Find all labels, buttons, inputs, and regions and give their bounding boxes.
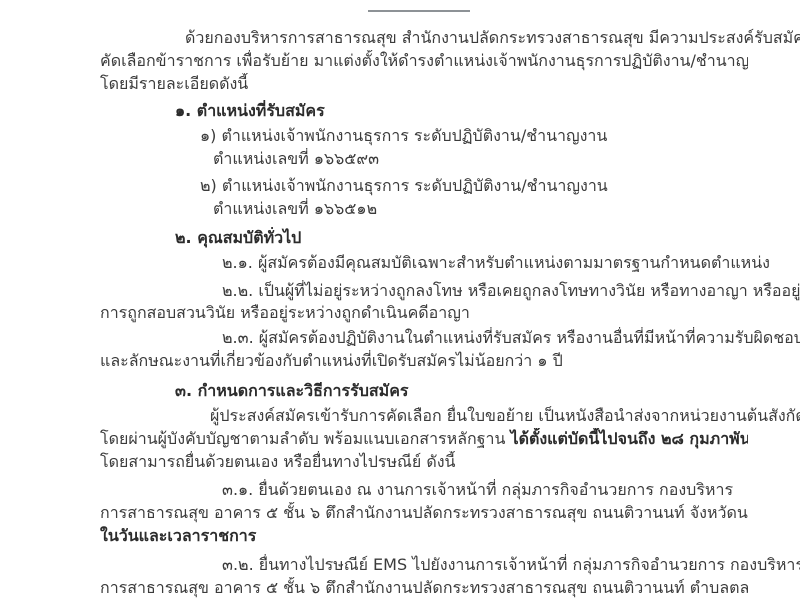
method-3-2-line-2: การสาธารณสุข อาคาร ๕ ชั้น ๖ ตึกสำนักงานป… <box>100 577 748 599</box>
method-3-2-line-2-text: การสาธารณสุข อาคาร ๕ ชั้น ๖ ตึกสำนักงานป… <box>100 578 748 597</box>
qualification-2-2-line-2: การถูกสอบสวนวินัย หรืออยู่ระหว่างถูกดำเน… <box>100 302 748 324</box>
position-1-number-text: ตำแหน่งเลขที่ ๑๖๖๕๙๓ <box>213 149 379 168</box>
position-2-text: ๒) ตำแหน่งเจ้าพนักงานธุรการ ระดับปฏิบัติ… <box>200 176 608 195</box>
application-intro-line-3: โดยสามารถยื่นด้วยตนเอง หรือยื่นทางไปรษณี… <box>100 451 748 473</box>
intro-line-2-text: คัดเลือกข้าราชการ เพื่อรับย้าย มาแต่งตั้… <box>100 51 748 70</box>
position-1: ๑) ตำแหน่งเจ้าพนักงานธุรการ ระดับปฏิบัติ… <box>100 125 800 147</box>
method-3-1-line-3-text: ในวันและเวลาราชการ <box>100 526 256 545</box>
section-1-heading-text: ๑. ตำแหน่งที่รับสมัคร <box>175 101 325 120</box>
method-3-1-line-1: ๓.๑. ยื่นด้วยตนเอง ณ งานการเจ้าหน้าที่ ก… <box>100 479 800 501</box>
qualification-2-1: ๒.๑. ผู้สมัครต้องมีคุณสมบัติเฉพาะสำหรับต… <box>100 252 800 274</box>
qualification-2-3-line-1: ๒.๓. ผู้สมัครต้องปฏิบัติงานในตำแหน่งที่ร… <box>100 327 800 349</box>
section-3-heading-text: ๓. กำหนดการและวิธีการรับสมัคร <box>175 381 408 400</box>
intro-line-3-text: โดยมีรายละเอียดดังนี้ <box>100 74 248 93</box>
qualification-2-1-text: ๒.๑. ผู้สมัครต้องมีคุณสมบัติเฉพาะสำหรับต… <box>222 253 770 272</box>
position-1-number: ตำแหน่งเลขที่ ๑๖๖๕๙๓ <box>100 148 800 170</box>
application-intro-line-1: ผู้ประสงค์สมัครเข้ารับการคัดเลือก ยื่นใบ… <box>100 405 800 427</box>
method-3-2-line-1: ๓.๒. ยื่นทางไปรษณีย์ EMS ไปยังงานการเจ้า… <box>100 554 800 576</box>
intro-line-1-text: ด้วยกองบริหารการสาธารณสุข สำนักงานปลัดกร… <box>185 28 800 47</box>
method-3-1-line-2: การสาธารณสุข อาคาร ๕ ชั้น ๖ ตึกสำนักงานป… <box>100 502 748 524</box>
method-3-1-line-2-text: การสาธารณสุข อาคาร ๕ ชั้น ๖ ตึกสำนักงานป… <box>100 503 748 522</box>
position-2-number-text: ตำแหน่งเลขที่ ๑๖๖๕๑๒ <box>213 199 377 218</box>
section-2-heading: ๒. คุณสมบัติทั่วไป <box>100 227 800 249</box>
intro-line-3: โดยมีรายละเอียดดังนี้ <box>100 73 748 95</box>
qualification-2-3-line-2: และลักษณะงานที่เกี่ยวข้องกับตำแหน่งที่เป… <box>100 350 748 372</box>
method-3-1-line-1-text: ๓.๑. ยื่นด้วยตนเอง ณ งานการเจ้าหน้าที่ ก… <box>222 480 733 499</box>
section-1-heading: ๑. ตำแหน่งที่รับสมัคร <box>100 100 800 122</box>
intro-line-2: คัดเลือกข้าราชการ เพื่อรับย้าย มาแต่งตั้… <box>100 50 748 72</box>
section-2-heading-text: ๒. คุณสมบัติทั่วไป <box>175 228 301 247</box>
qualification-2-2-line-1: ๒.๒. เป็นผู้ที่ไม่อยู่ระหว่างถูกลงโทษ หร… <box>100 280 800 302</box>
method-3-2-line-1-text: ๓.๒. ยื่นทางไปรษณีย์ EMS ไปยังงานการเจ้า… <box>222 555 800 574</box>
qualification-2-2-line-1-text: ๒.๒. เป็นผู้ที่ไม่อยู่ระหว่างถูกลงโทษ หร… <box>222 281 800 300</box>
document-page: ด้วยกองบริหารการสาธารณสุข สำนักงานปลัดกร… <box>0 0 800 600</box>
document-body: ด้วยกองบริหารการสาธารณสุข สำนักงานปลัดกร… <box>100 0 748 600</box>
intro-line-1: ด้วยกองบริหารการสาธารณสุข สำนักงานปลัดกร… <box>100 27 800 49</box>
method-3-1-line-3: ในวันและเวลาราชการ <box>100 525 748 547</box>
position-1-text: ๑) ตำแหน่งเจ้าพนักงานธุรการ ระดับปฏิบัติ… <box>200 126 607 145</box>
application-intro-line-2: โดยผ่านผู้บังคับบัญชาตามลำดับ พร้อมแนบเอ… <box>100 428 748 450</box>
qualification-2-2-line-2-text: การถูกสอบสวนวินัย หรืออยู่ระหว่างถูกดำเน… <box>100 303 470 322</box>
application-intro-line-2-text: โดยผ่านผู้บังคับบัญชาตามลำดับ พร้อมแนบเอ… <box>100 429 511 448</box>
qualification-2-3-line-2-text: และลักษณะงานที่เกี่ยวข้องกับตำแหน่งที่เป… <box>100 351 563 370</box>
application-intro-line-3-text: โดยสามารถยื่นด้วยตนเอง หรือยื่นทางไปรษณี… <box>100 452 455 471</box>
position-2: ๒) ตำแหน่งเจ้าพนักงานธุรการ ระดับปฏิบัติ… <box>100 175 800 197</box>
application-intro-line-2-text: ได้ตั้งแต่บัดนี้ไปจนถึง ๒๘ กุมภาพันธ์ ๒๕… <box>511 429 748 448</box>
qualification-2-3-line-1-text: ๒.๓. ผู้สมัครต้องปฏิบัติงานในตำแหน่งที่ร… <box>222 328 800 347</box>
position-2-number: ตำแหน่งเลขที่ ๑๖๖๕๑๒ <box>100 198 800 220</box>
section-3-heading: ๓. กำหนดการและวิธีการรับสมัคร <box>100 380 800 402</box>
application-intro-line-1-text: ผู้ประสงค์สมัครเข้ารับการคัดเลือก ยื่นใบ… <box>210 406 800 425</box>
